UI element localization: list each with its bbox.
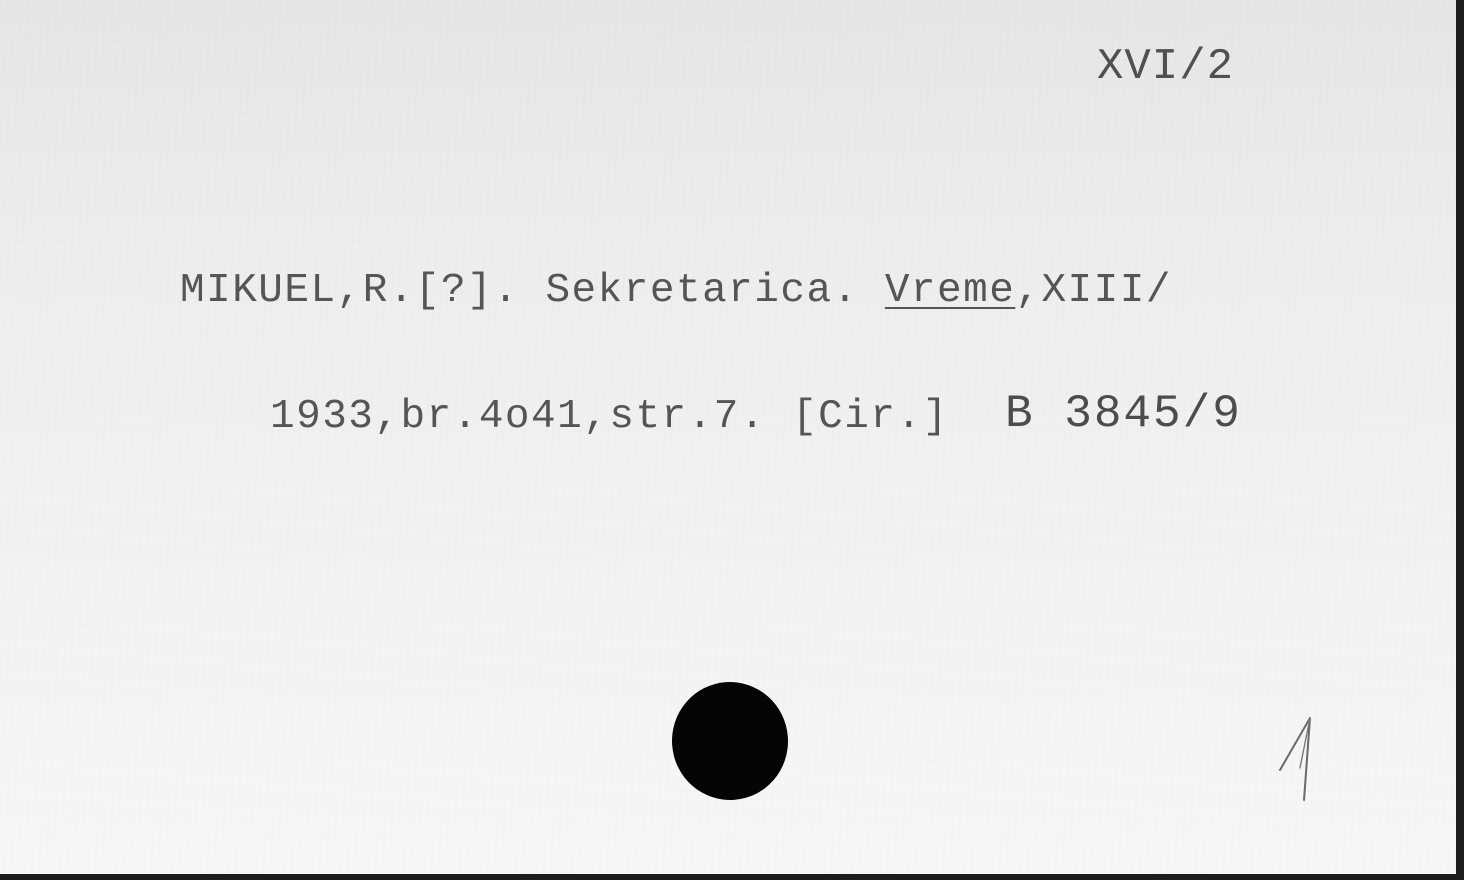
handwritten-one-icon	[1270, 708, 1330, 808]
entry-author-title: MIKUEL,R.[?]. Sekretarica.	[180, 268, 885, 314]
call-number: XVI/2	[1097, 42, 1234, 92]
catalog-card: XVI/2 MIKUEL,R.[?]. Sekretarica. Vreme,X…	[0, 0, 1464, 880]
entry-periodical-title: Vreme	[885, 268, 1016, 314]
entry-line-1: MIKUEL,R.[?]. Sekretarica. Vreme,XIII/	[180, 270, 1172, 312]
entry-volume: ,XIII/	[1015, 268, 1172, 314]
handwritten-number-mark	[1270, 708, 1330, 808]
shelf-mark: B 3845/9	[1005, 388, 1242, 440]
punch-hole	[668, 678, 792, 804]
bibliographic-entry: MIKUEL,R.[?]. Sekretarica. Vreme,XIII/ 1…	[180, 186, 1172, 522]
